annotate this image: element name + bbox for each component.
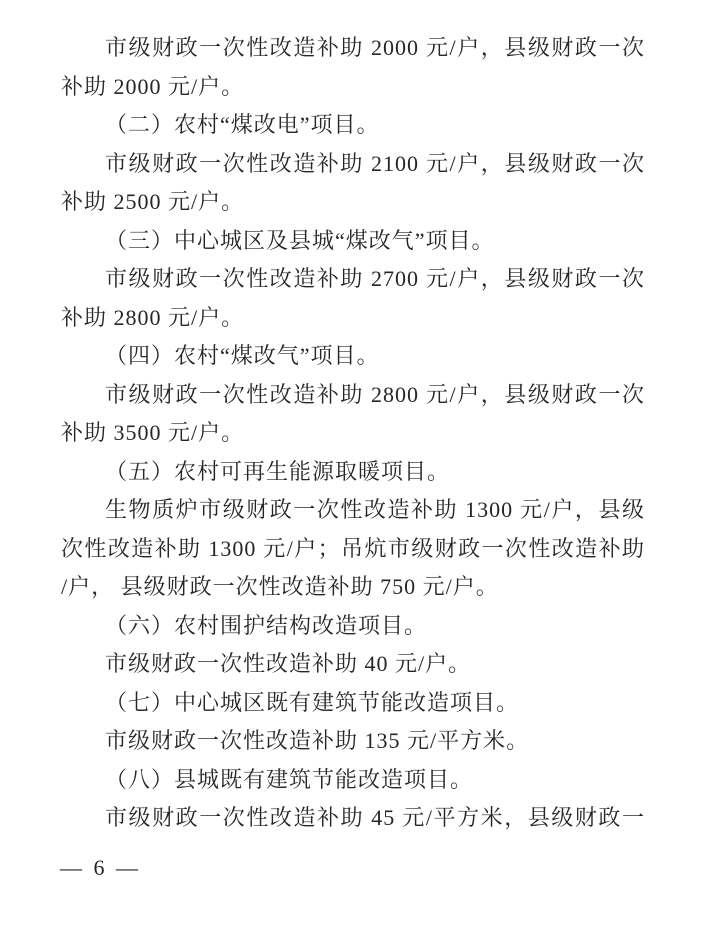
page-number: — 6 — — [60, 849, 141, 887]
text-line: （五）农村可再生能源取暖项目。 — [61, 453, 645, 492]
text-line: 补助 2000 元/户。 — [61, 68, 645, 107]
text-line: 市级财政一次性改造补助 2700 元/户，县级财政一次性改造 — [61, 260, 645, 299]
text-line: （三）中心城区及县城“煤改气”项目。 — [61, 222, 645, 261]
text-line: （八）县城既有建筑节能改造项目。 — [61, 761, 645, 800]
text-line: 补助 3500 元/户。 — [61, 414, 645, 453]
text-line: 市级财政一次性改造补助 2000 元/户，县级财政一次性改造 — [61, 29, 645, 68]
text-line: （四）农村“煤改气”项目。 — [61, 337, 645, 376]
text-line: （六）农村围护结构改造项目。 — [61, 607, 645, 646]
text-line: 补助 2800 元/户。 — [61, 299, 645, 338]
text-line: 市级财政一次性改造补助 2100 元/户，县级财政一次性改造 — [61, 145, 645, 184]
text-line: 市级财政一次性改造补助 45 元/平方米，县级财政一次性改 — [61, 799, 645, 838]
text-line: 市级财政一次性改造补助 2800 元/户，县级财政一次性改造 — [61, 376, 645, 415]
document-page: 市级财政一次性改造补助 2000 元/户，县级财政一次性改造补助 2000 元/… — [0, 0, 708, 926]
text-line: 市级财政一次性改造补助 40 元/户。 — [61, 645, 645, 684]
text-line: 补助 2500 元/户。 — [61, 183, 645, 222]
text-line: /户， 县级财政一次性改造补助 750 元/户。 — [61, 568, 645, 607]
text-line: 生物质炉市级财政一次性改造补助 1300 元/户，县级财政一 — [61, 491, 645, 530]
text-line: 市级财政一次性改造补助 135 元/平方米。 — [61, 722, 645, 761]
document-body: 市级财政一次性改造补助 2000 元/户，县级财政一次性改造补助 2000 元/… — [61, 29, 645, 838]
text-line: （七）中心城区既有建筑节能改造项目。 — [61, 684, 645, 723]
text-line: （二）农村“煤改电”项目。 — [61, 106, 645, 145]
text-line: 次性改造补助 1300 元/户；吊炕市级财政一次性改造补助 750 元 — [61, 530, 645, 569]
